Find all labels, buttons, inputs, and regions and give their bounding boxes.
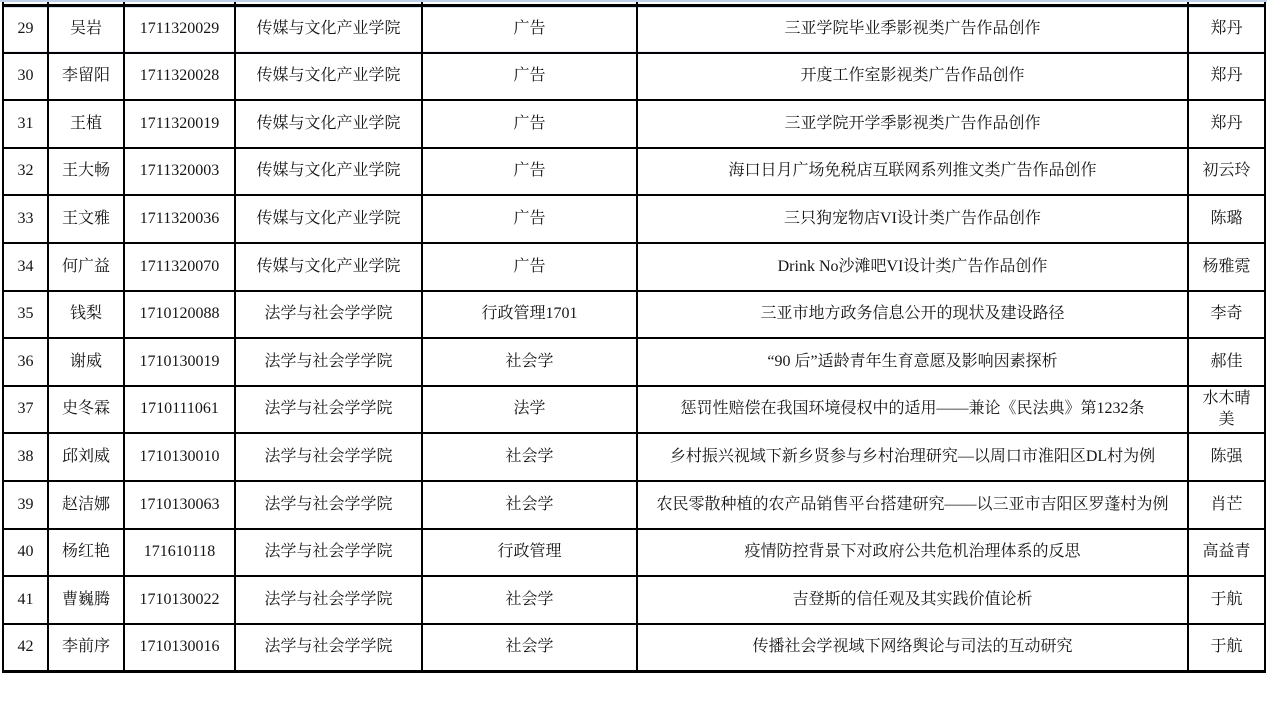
cell-row-number: 34 <box>3 243 48 291</box>
cell-row-number: 36 <box>3 338 48 386</box>
table-row: 39 赵洁娜 1710130063 法学与社会学学院 社会学 农民零散种植的农产… <box>3 481 1265 529</box>
cell-college: 法学与社会学学院 <box>235 529 422 577</box>
cell-college: 法学与社会学学院 <box>235 291 422 339</box>
cell-advisor: 郑丹 <box>1188 5 1265 53</box>
cell-college: 法学与社会学学院 <box>235 481 422 529</box>
cell-student-id: 1710130010 <box>124 433 235 481</box>
cell-major: 社会学 <box>422 624 637 672</box>
cell-college: 法学与社会学学院 <box>235 624 422 672</box>
cell-advisor: 郝佳 <box>1188 338 1265 386</box>
thesis-assignment-table: 29 吴岩 1711320029 传媒与文化产业学院 广告 三亚学院毕业季影视类… <box>2 2 1266 673</box>
cell-row-number: 40 <box>3 529 48 577</box>
cell-student-id: 1710130019 <box>124 338 235 386</box>
cell-row-number: 41 <box>3 576 48 624</box>
cell-major: 广告 <box>422 243 637 291</box>
cell-advisor: 肖芒 <box>1188 481 1265 529</box>
table-row: 33 王文雅 1711320036 传媒与文化产业学院 广告 三只狗宠物店VI设… <box>3 195 1265 243</box>
table-row: 37 史冬霖 1710111061 法学与社会学学院 法学 惩罚性赔偿在我国环境… <box>3 386 1265 434</box>
cell-major: 广告 <box>422 53 637 101</box>
cell-row-number: 35 <box>3 291 48 339</box>
cell-thesis-title: “90 后”适龄青年生育意愿及影响因素探析 <box>637 338 1188 386</box>
cell-student-name: 赵洁娜 <box>48 481 124 529</box>
table-row: 38 邱刘威 1710130010 法学与社会学学院 社会学 乡村振兴视域下新乡… <box>3 433 1265 481</box>
cell-college: 法学与社会学学院 <box>235 433 422 481</box>
cell-row-number: 37 <box>3 386 48 434</box>
cell-student-name: 王植 <box>48 100 124 148</box>
cell-college: 传媒与文化产业学院 <box>235 100 422 148</box>
cell-student-name: 曹巍腾 <box>48 576 124 624</box>
cell-student-id: 171610118 <box>124 529 235 577</box>
table-row: 30 李留阳 1711320028 传媒与文化产业学院 广告 开度工作室影视类广… <box>3 53 1265 101</box>
cell-advisor: 水木晴美 <box>1188 386 1265 434</box>
cell-college: 传媒与文化产业学院 <box>235 53 422 101</box>
cell-student-id: 1710111061 <box>124 386 235 434</box>
cell-college: 传媒与文化产业学院 <box>235 195 422 243</box>
cell-college: 传媒与文化产业学院 <box>235 148 422 196</box>
cell-major: 广告 <box>422 100 637 148</box>
cell-major: 广告 <box>422 195 637 243</box>
cell-student-id: 1710130063 <box>124 481 235 529</box>
table-row: 29 吴岩 1711320029 传媒与文化产业学院 广告 三亚学院毕业季影视类… <box>3 5 1265 53</box>
cell-college: 传媒与文化产业学院 <box>235 243 422 291</box>
cell-student-id: 1711320028 <box>124 53 235 101</box>
cell-student-name: 王文雅 <box>48 195 124 243</box>
cell-thesis-title: 传播社会学视域下网络舆论与司法的互动研究 <box>637 624 1188 672</box>
cell-major: 社会学 <box>422 338 637 386</box>
cell-student-name: 史冬霖 <box>48 386 124 434</box>
table-row: 36 谢威 1710130019 法学与社会学学院 社会学 “90 后”适龄青年… <box>3 338 1265 386</box>
cell-major: 广告 <box>422 148 637 196</box>
cell-student-id: 1711320019 <box>124 100 235 148</box>
cell-college: 法学与社会学学院 <box>235 386 422 434</box>
cell-advisor: 郑丹 <box>1188 100 1265 148</box>
cell-row-number: 38 <box>3 433 48 481</box>
cell-student-id: 1711320003 <box>124 148 235 196</box>
cell-student-name: 李留阳 <box>48 53 124 101</box>
cell-student-id: 1711320029 <box>124 5 235 53</box>
cell-row-number: 30 <box>3 53 48 101</box>
cell-major: 行政管理 <box>422 529 637 577</box>
table-row: 34 何广益 1711320070 传媒与文化产业学院 广告 Drink No沙… <box>3 243 1265 291</box>
cell-thesis-title: 三亚学院开学季影视类广告作品创作 <box>637 100 1188 148</box>
cell-thesis-title: 开度工作室影视类广告作品创作 <box>637 53 1188 101</box>
cell-major: 广告 <box>422 5 637 53</box>
cell-major: 社会学 <box>422 481 637 529</box>
cell-advisor: 于航 <box>1188 576 1265 624</box>
cell-thesis-title: 三亚学院毕业季影视类广告作品创作 <box>637 5 1188 53</box>
cell-advisor: 初云玲 <box>1188 148 1265 196</box>
cell-student-id: 1711320070 <box>124 243 235 291</box>
cell-student-name: 吴岩 <box>48 5 124 53</box>
cell-row-number: 32 <box>3 148 48 196</box>
cell-college: 传媒与文化产业学院 <box>235 5 422 53</box>
cell-row-number: 31 <box>3 100 48 148</box>
cell-thesis-title: 乡村振兴视域下新乡贤参与乡村治理研究—以周口市淮阳区DL村为例 <box>637 433 1188 481</box>
cell-college: 法学与社会学学院 <box>235 338 422 386</box>
cell-row-number: 42 <box>3 624 48 672</box>
cell-thesis-title: 吉登斯的信任观及其实践价值论析 <box>637 576 1188 624</box>
cell-thesis-title: Drink No沙滩吧VI设计类广告作品创作 <box>637 243 1188 291</box>
cell-student-id: 1710130016 <box>124 624 235 672</box>
table-row: 42 李前序 1710130016 法学与社会学学院 社会学 传播社会学视域下网… <box>3 624 1265 672</box>
cell-major: 社会学 <box>422 576 637 624</box>
cell-major: 社会学 <box>422 433 637 481</box>
document-page: 29 吴岩 1711320029 传媒与文化产业学院 广告 三亚学院毕业季影视类… <box>0 0 1267 705</box>
table-row: 32 王大畅 1711320003 传媒与文化产业学院 广告 海口日月广场免税店… <box>3 148 1265 196</box>
table-row: 31 王植 1711320019 传媒与文化产业学院 广告 三亚学院开学季影视类… <box>3 100 1265 148</box>
cell-student-name: 谢威 <box>48 338 124 386</box>
cell-thesis-title: 农民零散种植的农产品销售平台搭建研究——以三亚市吉阳区罗蓬村为例 <box>637 481 1188 529</box>
cell-advisor: 于航 <box>1188 624 1265 672</box>
cell-student-name: 何广益 <box>48 243 124 291</box>
cell-student-name: 杨红艳 <box>48 529 124 577</box>
cell-thesis-title: 海口日月广场免税店互联网系列推文类广告作品创作 <box>637 148 1188 196</box>
table-row: 40 杨红艳 171610118 法学与社会学学院 行政管理 疫情防控背景下对政… <box>3 529 1265 577</box>
cell-student-id: 1711320036 <box>124 195 235 243</box>
cell-row-number: 39 <box>3 481 48 529</box>
cell-student-name: 王大畅 <box>48 148 124 196</box>
table-row: 35 钱梨 1710120088 法学与社会学学院 行政管理1701 三亚市地方… <box>3 291 1265 339</box>
cell-advisor: 陈璐 <box>1188 195 1265 243</box>
cell-thesis-title: 三亚市地方政务信息公开的现状及建设路径 <box>637 291 1188 339</box>
cell-major: 行政管理1701 <box>422 291 637 339</box>
cell-student-name: 李前序 <box>48 624 124 672</box>
cell-advisor: 郑丹 <box>1188 53 1265 101</box>
cell-row-number: 29 <box>3 5 48 53</box>
cell-advisor: 李奇 <box>1188 291 1265 339</box>
cell-thesis-title: 疫情防控背景下对政府公共危机治理体系的反思 <box>637 529 1188 577</box>
cell-advisor: 高益青 <box>1188 529 1265 577</box>
cell-college: 法学与社会学学院 <box>235 576 422 624</box>
cell-thesis-title: 惩罚性赔偿在我国环境侵权中的适用——兼论《民法典》第1232条 <box>637 386 1188 434</box>
cell-student-id: 1710120088 <box>124 291 235 339</box>
cell-row-number: 33 <box>3 195 48 243</box>
cell-advisor: 杨雅霓 <box>1188 243 1265 291</box>
cell-student-name: 钱梨 <box>48 291 124 339</box>
cell-thesis-title: 三只狗宠物店VI设计类广告作品创作 <box>637 195 1188 243</box>
cell-student-name: 邱刘威 <box>48 433 124 481</box>
cell-major: 法学 <box>422 386 637 434</box>
table-row: 41 曹巍腾 1710130022 法学与社会学学院 社会学 吉登斯的信任观及其… <box>3 576 1265 624</box>
table-body: 29 吴岩 1711320029 传媒与文化产业学院 广告 三亚学院毕业季影视类… <box>3 2 1265 671</box>
cell-student-id: 1710130022 <box>124 576 235 624</box>
cell-advisor: 陈强 <box>1188 433 1265 481</box>
